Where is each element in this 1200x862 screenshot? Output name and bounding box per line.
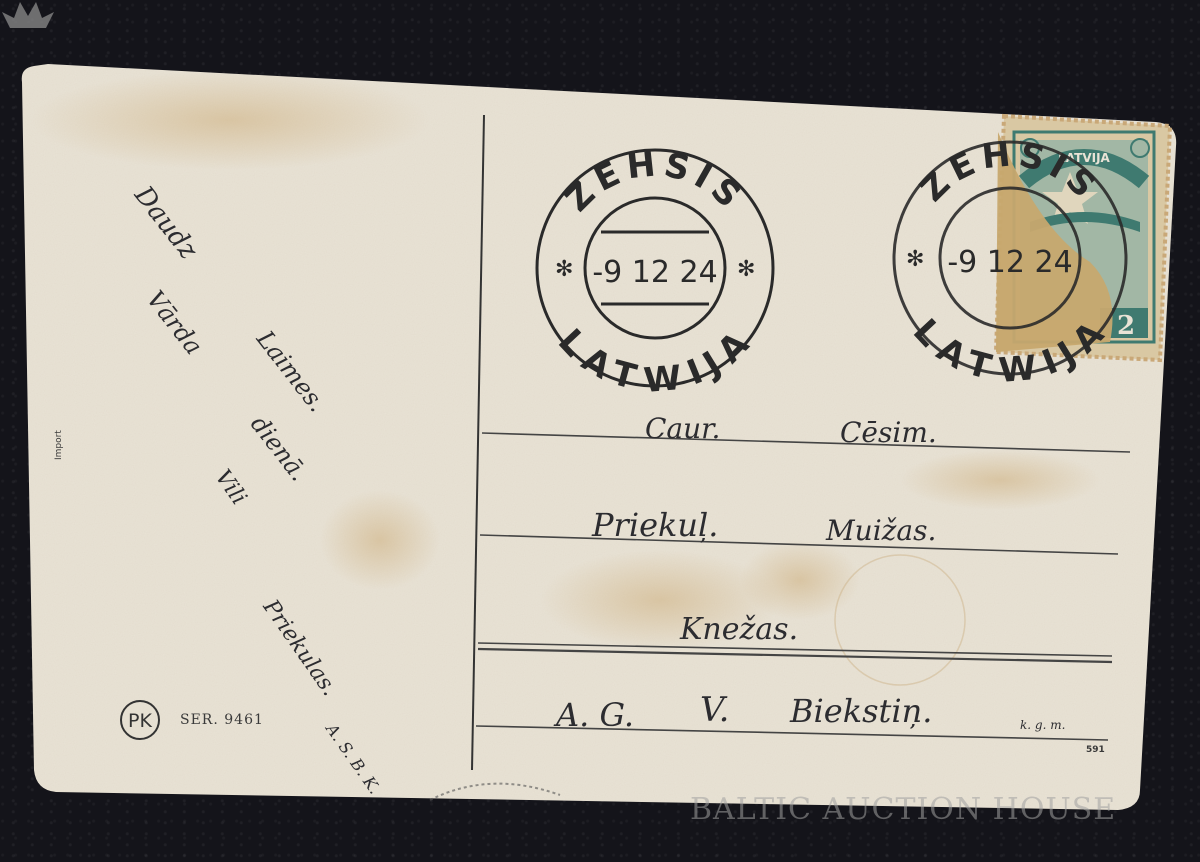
series-label: SER. 9461 (180, 712, 264, 728)
address-line-1-right: Cēsim. (840, 416, 937, 449)
address-line-1-left: Caur. (645, 412, 720, 445)
print-number: 591 (1086, 745, 1105, 755)
svg-text:PK: PK (128, 710, 152, 732)
watermark-text: BALTIC AUCTION HOUSE (690, 792, 1200, 827)
svg-text:✻: ✻ (906, 247, 924, 272)
postcard: ZEHSIS LATWIJA ✻ ✻ -9 12 24 LATVIJA 2 (0, 0, 1200, 862)
address-line-4-middle: V. (700, 690, 729, 730)
svg-text:-9 12 24: -9 12 24 (947, 245, 1072, 280)
svg-text:✻: ✻ (737, 257, 755, 282)
svg-text:✻: ✻ (555, 257, 573, 282)
crown-icon (0, 0, 56, 28)
address-line-4-left: A. G. (556, 696, 634, 734)
address-line-4-right: Biekstiņ. (790, 692, 932, 730)
address-line-2-left: Priekuļ. (592, 506, 718, 544)
postmark-1: ZEHSIS LATWIJA ✻ ✻ -9 12 24 (537, 144, 773, 401)
svg-text:-9 12 24: -9 12 24 (592, 255, 717, 290)
address-line-2-right: Muižas. (826, 514, 936, 547)
import-label: Import (54, 430, 64, 460)
address-line-3-right: Knežas. (680, 612, 798, 647)
svg-text:2: 2 (1117, 311, 1135, 341)
address-line-4-suffix: k. g. m. (1020, 718, 1065, 732)
